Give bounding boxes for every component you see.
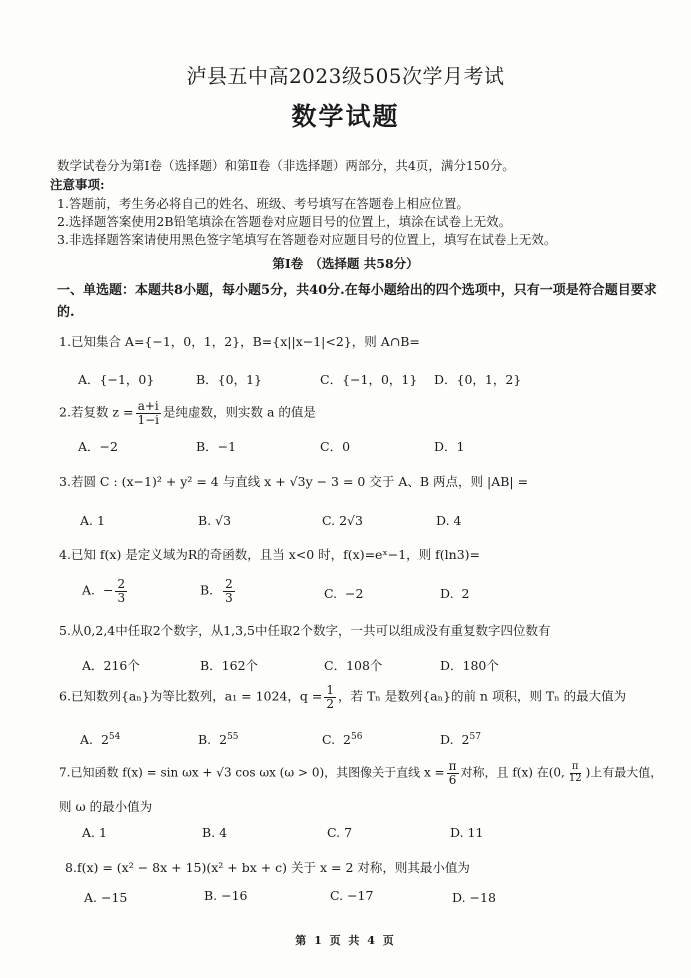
- option-c: C. 2√3: [322, 513, 363, 528]
- option-label: D.: [440, 732, 454, 747]
- option-b: B. √3: [198, 513, 231, 528]
- option-b: B. 23: [200, 578, 237, 604]
- question-7: 7.已知函数 f(x) = sin ωx + √3 cos ωx (ω > 0)…: [59, 760, 662, 786]
- option-d: D. 257: [440, 732, 481, 747]
- option-b: B．{0，1}: [196, 370, 262, 388]
- question-number: 6.: [59, 689, 71, 704]
- option-a: A. 254: [80, 732, 120, 747]
- option-b: B. 4: [202, 825, 227, 840]
- notice-item: 1.答题前，考生务必将自己的姓名、班级、考号填写在答题卷上相应位置。: [57, 194, 469, 212]
- option-a: A. 1: [82, 825, 107, 840]
- page-number: 第 1 页 共 4 页: [0, 932, 691, 948]
- question-3: 3.若圆 C : (x−1)² + y² = 4 与直线 x + √3y − 3…: [59, 472, 528, 490]
- fraction-denominator: 3: [223, 592, 235, 605]
- option-label: C.: [322, 732, 335, 747]
- question-stem: 是纯虚数，则实数 a 的值是: [163, 405, 316, 420]
- option-a: A. −23: [82, 578, 129, 604]
- question-stem: ，若 Tₙ 是数列{aₙ}的前 n 项积，则 Tₙ 的最大值为: [338, 689, 626, 704]
- option-label: B.: [198, 732, 211, 747]
- option-c: C. 7: [327, 825, 352, 840]
- exam-subject-title: 数学试题: [0, 97, 691, 133]
- option-a: A．{−1，0}: [78, 370, 154, 388]
- option-c: C．{−1，0，1}: [320, 370, 417, 388]
- question-stem: f(x) = (x² − 8x + 15)(x² + bx + c) 关于 x …: [77, 860, 470, 875]
- fraction: π12: [567, 762, 584, 784]
- option-value: −2: [345, 586, 363, 601]
- question-stem: 上有最大值，: [590, 766, 662, 780]
- power-exponent: 54: [109, 732, 120, 742]
- option-c: C. −17: [330, 888, 373, 903]
- option-b: B. 255: [198, 732, 239, 747]
- fraction-numerator: 2: [223, 578, 235, 592]
- question-number: 5.: [59, 623, 71, 638]
- question-number: 4.: [59, 547, 71, 562]
- option-d: D．180个: [440, 656, 499, 674]
- section-heading: 一、单选题：本题共8小题，每小题5分，共40分.在每小题给出的四个选项中，只有一…: [57, 280, 657, 324]
- question-stem: 已知集合 A={−1，0，1，2}，B={x||x−1|<2}，则 A∩B=: [71, 334, 420, 349]
- notice-item: 3.非选择题答案请使用黑色签字笔填写在答题卷对应题目号的位置上，填写在试卷上无效…: [57, 230, 556, 248]
- volume-heading: 第Ⅰ卷 （选择题 共58分）: [0, 254, 691, 272]
- power-base: 2: [101, 732, 109, 747]
- fraction-denominator: 12: [567, 774, 584, 785]
- question-5: 5.从0,2,4中任取2个数字，从1,3,5中任取2个数字，一共可以组成没有重复…: [59, 621, 550, 639]
- interval-open: (0,: [549, 766, 565, 780]
- fraction-numerator: 1: [324, 684, 336, 698]
- notice-item: 2.选择题答案使用2B铅笔填涂在答题卷对应题目号的位置上，填涂在试卷上无效。: [57, 212, 511, 230]
- option-b: B．162个: [200, 656, 258, 674]
- question-6: 6.已知数列{aₙ}为等比数列，a₁ = 1024，q =12，若 Tₙ 是数列…: [59, 684, 626, 710]
- option-c: C. −2: [324, 586, 363, 601]
- option-c: C．0: [320, 437, 350, 455]
- power-exponent: 57: [469, 732, 480, 742]
- exam-school-title: 泸县五中高2023级505次学月考试: [0, 60, 691, 89]
- fraction: 23: [223, 578, 235, 604]
- question-stem: 已知数列{aₙ}为等比数列，a₁ = 1024，q =: [71, 689, 322, 704]
- option-label: B.: [200, 583, 213, 598]
- option-c: C．108个: [324, 656, 382, 674]
- fraction-denominator: 3: [115, 592, 127, 605]
- fraction-denominator: 2: [324, 698, 336, 711]
- option-b: B. −16: [204, 888, 248, 903]
- power-exponent: 56: [351, 732, 362, 742]
- fraction: 12: [324, 684, 336, 710]
- power-base: 2: [343, 732, 351, 747]
- option-value: 2: [462, 586, 470, 601]
- notice-heading: 注意事项:: [50, 175, 105, 193]
- option-a: A．−2: [78, 437, 118, 455]
- question-number: 7.: [59, 766, 70, 780]
- minus-sign: −: [103, 583, 113, 598]
- question-4: 4.已知 f(x) 是定义域为R的奇函数，且当 x<0 时，f(x)=eˣ−1，…: [59, 545, 480, 563]
- fraction: a+i1−i: [135, 400, 161, 426]
- exam-intro: 数学试卷分为第Ⅰ卷（选择题）和第Ⅱ卷（非选择题）两部分，共4页，满分150分。: [57, 156, 515, 174]
- fraction-numerator: π: [447, 760, 459, 774]
- fraction: 23: [115, 578, 127, 604]
- fraction-denominator: 1−i: [135, 414, 161, 427]
- fraction-denominator: 6: [447, 774, 459, 787]
- option-d: D．{0，1，2}: [434, 370, 521, 388]
- option-d: D. 2: [440, 586, 469, 601]
- question-number: 1.: [59, 334, 71, 349]
- question-8: 8.f(x) = (x² − 8x + 15)(x² + bx + c) 关于 …: [65, 858, 470, 876]
- option-label: C.: [324, 586, 337, 601]
- option-d: D. 11: [450, 825, 483, 840]
- option-a: A. 1: [80, 513, 105, 528]
- option-d: D. 4: [436, 513, 461, 528]
- option-label: D.: [440, 586, 454, 601]
- option-a: A. −15: [84, 890, 127, 905]
- option-a: A．216个: [82, 656, 140, 674]
- question-stem: 从0,2,4中任取2个数字，从1,3,5中任取2个数字，一共可以组成没有重复数字…: [71, 623, 551, 638]
- question-number: 8.: [65, 860, 77, 875]
- fraction-numerator: a+i: [136, 400, 161, 414]
- option-label: A.: [80, 732, 93, 747]
- power-base: 2: [219, 732, 227, 747]
- option-b: B．−1: [196, 437, 236, 455]
- question-number: 2.: [59, 405, 71, 420]
- question-stem: 已知函数 f(x) = sin ωx + √3 cos ωx (ω > 0)，其…: [70, 766, 444, 780]
- question-number: 3.: [59, 474, 71, 489]
- fraction-numerator: 2: [115, 578, 127, 592]
- power-exponent: 55: [227, 732, 238, 742]
- question-stem: 对称，且 f(x) 在: [461, 766, 549, 780]
- question-stem: 已知 f(x) 是定义域为R的奇函数，且当 x<0 时，f(x)=eˣ−1，则 …: [71, 547, 480, 562]
- option-c: C. 256: [322, 732, 362, 747]
- question-2: 2.若复数 z =a+i1−i是纯虚数，则实数 a 的值是: [59, 400, 316, 426]
- option-d: D. −18: [452, 890, 496, 905]
- option-label: A.: [82, 583, 95, 598]
- question-1: 1.已知集合 A={−1，0，1，2}，B={x||x−1|<2}，则 A∩B=: [59, 332, 420, 350]
- question-stem: 若圆 C : (x−1)² + y² = 4 与直线 x + √3y − 3 =…: [71, 474, 528, 489]
- question-stem: 若复数 z =: [71, 405, 134, 420]
- question-7-line2: 则 ω 的最小值为: [59, 797, 152, 815]
- fraction: π6: [447, 760, 459, 786]
- option-d: D．1: [434, 437, 464, 455]
- fraction-numerator: π: [570, 762, 581, 774]
